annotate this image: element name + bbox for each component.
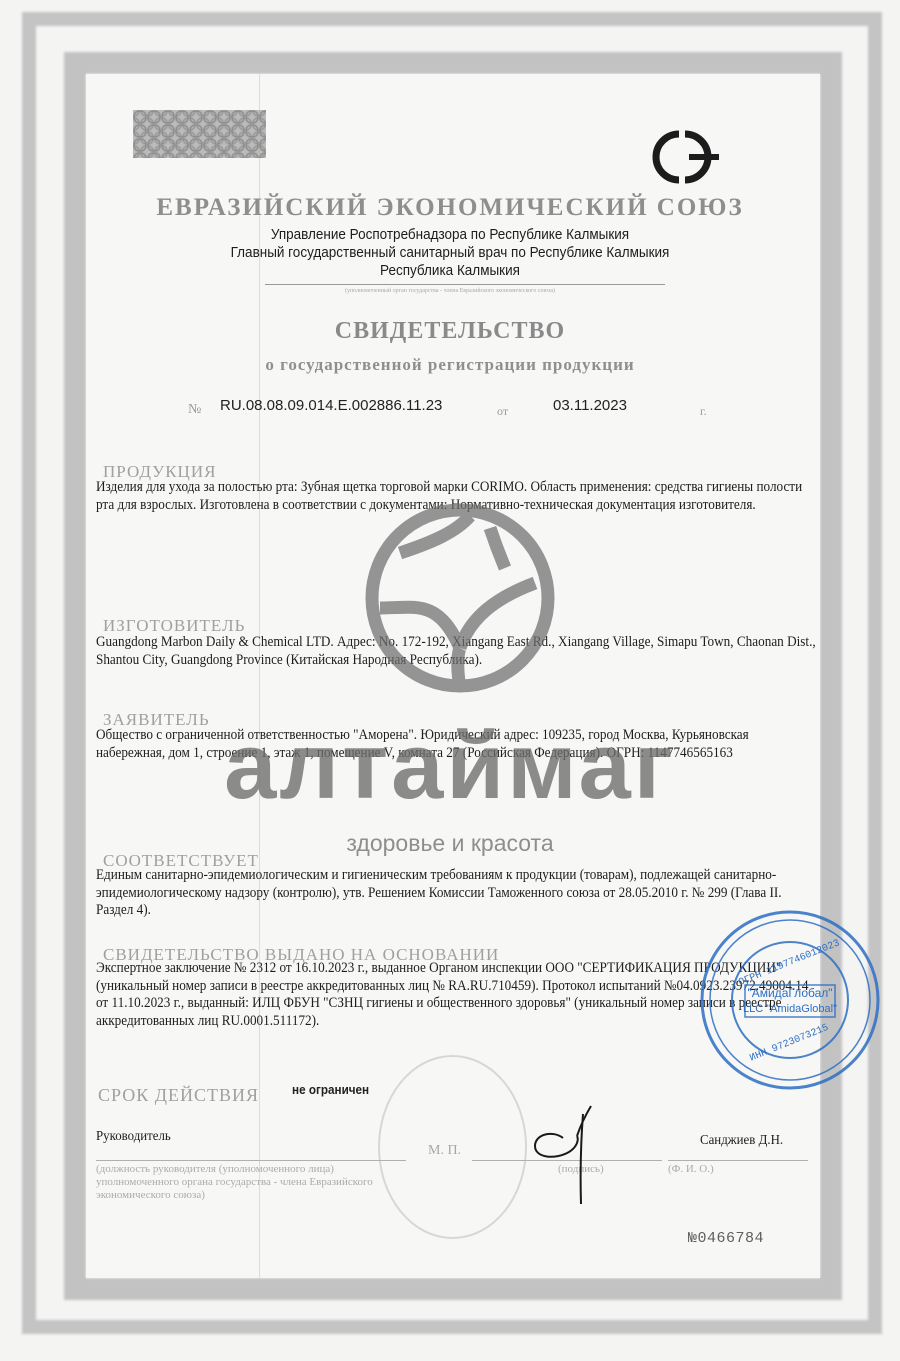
director-position: Руководитель — [96, 1129, 171, 1145]
handwritten-signature — [525, 1100, 605, 1210]
security-pattern — [133, 110, 266, 158]
certificate-date: 03.11.2023 — [553, 397, 627, 414]
company-stamp: "АмидаГлобал" LLC "AmidaGlobal" ОГРН 119… — [695, 905, 885, 1095]
stamp-name-en: LLC "AmidaGlobal" — [743, 1003, 837, 1015]
union-title: ЕВРАЗИЙСКИЙ ЭКОНОМИЧЕСКИЙ СОЮЗ — [0, 194, 900, 222]
signature-line — [96, 1160, 406, 1161]
tree-circle-icon — [360, 498, 560, 698]
certificate-title: СВИДЕТЕЛЬСТВО — [0, 318, 900, 345]
authority-line: Главный государственный санитарный врач … — [45, 244, 855, 262]
authority-caption: (уполномоченный орган государства - член… — [0, 288, 900, 294]
eac-mark-icon — [645, 126, 729, 188]
manufacturer-heading: ИЗГОТОВИТЕЛЬ — [103, 616, 245, 636]
position-caption: (должность руководителя (уполномоченного… — [96, 1163, 411, 1202]
watermark-tagline: здоровье и красота — [0, 830, 900, 857]
certificate-subtitle: о государственной регистрации продукции — [0, 355, 900, 375]
seal-label: М. П. — [428, 1143, 461, 1159]
year-suffix: г. — [700, 404, 707, 419]
serial-number: №0466784 — [688, 1230, 764, 1247]
certificate-number: RU.08.08.09.014.E.002886.11.23 — [220, 397, 442, 414]
director-name: Санджиев Д.Н. — [700, 1133, 783, 1149]
stamp-ogrn: ОГРН 1197746012023 — [737, 938, 841, 989]
divider — [265, 284, 665, 285]
validity-heading: СРОК ДЕЙСТВИЯ — [98, 1085, 259, 1106]
authority-line: Республика Калмыкия — [45, 262, 855, 280]
stamp-name-ru: "АмидаГлобал" — [747, 986, 832, 1000]
watermark-brand: алтаймаг — [0, 712, 900, 820]
signature-line — [668, 1160, 808, 1161]
validity-value: не ограничен — [292, 1082, 369, 1097]
date-label: от — [497, 404, 508, 419]
name-caption: (Ф. И. О.) — [668, 1163, 714, 1176]
authority-line: Управление Роспотребнадзора по Республик… — [45, 226, 855, 244]
number-label: № — [188, 402, 201, 418]
